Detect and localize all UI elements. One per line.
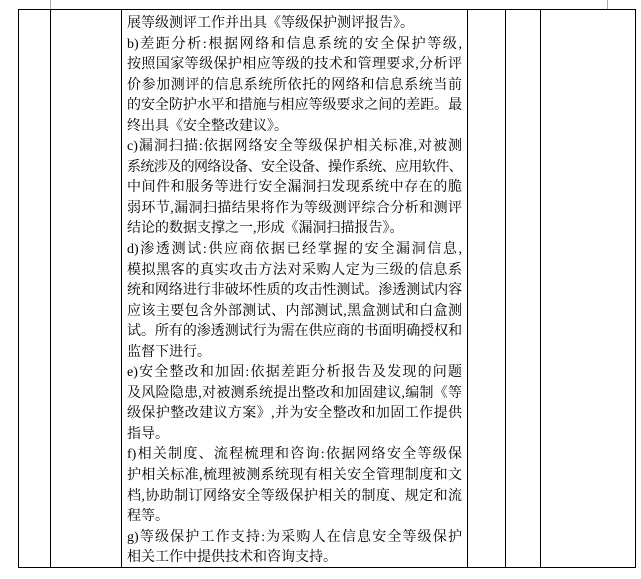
text-line: c)漏洞扫描:依据网络安全等级保护相关标准,对被测 bbox=[127, 137, 462, 158]
text-line: 的安全防护水平和措施与相应等级要求之间的差距。最 bbox=[127, 96, 462, 117]
text-line: 展等级测评工作并出具《等级保护测评报告》。 bbox=[127, 14, 462, 35]
text-line: 结论的数据支撑之一,形成《漏洞扫描报告》。 bbox=[127, 219, 462, 240]
text-line: 终出具《安全整改建议》。 bbox=[127, 117, 462, 138]
text-line: 相关工作中提供技术和咨询支持。 bbox=[127, 548, 462, 569]
text-line: 按照国家等级保护相应等级的技术和管理要求,分析评 bbox=[127, 55, 462, 76]
text-line: 级保护整改建议方案》,并为安全整改和加固工作提供 bbox=[127, 404, 462, 425]
text-line: 档,协助制订网络安全等级保护相关的制度、规定和流 bbox=[127, 487, 462, 508]
text-line: b)差距分析:根据网络和信息系统的安全保护等级, bbox=[127, 35, 462, 56]
text-line: 程等。 bbox=[127, 507, 462, 528]
text-line: f)相关制度、流程梳理和咨询:依据网络安全等级保 bbox=[127, 445, 462, 466]
text-line: 中间件和服务等进行安全漏洞扫发现系统中存在的脆 bbox=[127, 178, 462, 199]
text-line: g)等级保护工作支持:为采购人在信息安全等级保护 bbox=[127, 528, 462, 549]
text-line: 价参加测评的信息系统所依托的网络和信息系统当前 bbox=[127, 76, 462, 97]
document-page: 展等级测评工作并出具《等级保护测评报告》。b)差距分析:根据网络和信息系统的安全… bbox=[0, 0, 641, 579]
gridline-stub-above-table bbox=[607, 0, 608, 9]
text-line: 应该主要包含外部测试、内部测试,黑盒测试和白盒测 bbox=[127, 302, 462, 323]
text-line: 试。所有的渗透测试行为需在供应商的书面明确授权和 bbox=[127, 322, 462, 343]
text-line: e)安全整改和加固:依据差距分析报告及发现的问题 bbox=[127, 363, 462, 384]
text-line: 系统涉及的网络设备、安全设备、操作系统、应用软件、 bbox=[127, 158, 462, 179]
text-line: 弱环节,漏洞扫描结果将作为等级测评综合分析和测评 bbox=[127, 199, 462, 220]
text-line: 监督下进行。 bbox=[127, 343, 462, 364]
column-divider bbox=[121, 10, 122, 567]
column-divider bbox=[467, 10, 468, 567]
text-line: 模拟黑客的真实攻击方法对采购人定为三级的信息系 bbox=[127, 261, 462, 282]
text-line: d)渗透测试:供应商依据已经掌握的安全漏洞信息, bbox=[127, 240, 462, 261]
text-line: 护相关标准,梳理被测系统现有相关安全管理制度和文 bbox=[127, 466, 462, 487]
column-divider bbox=[540, 10, 541, 567]
service-description-cell: 展等级测评工作并出具《等级保护测评报告》。b)差距分析:根据网络和信息系统的安全… bbox=[127, 14, 462, 569]
gridline-stub-above-table bbox=[50, 0, 51, 9]
text-line: 统和网络进行非破坏性质的攻击性测试。渗透测试内容 bbox=[127, 281, 462, 302]
text-line: 及风险隐患,对被测系统提出整改和加固建议,编制《等 bbox=[127, 384, 462, 405]
column-divider bbox=[50, 10, 51, 567]
column-divider bbox=[505, 10, 506, 567]
requirements-table: 展等级测评工作并出具《等级保护测评报告》。b)差距分析:根据网络和信息系统的安全… bbox=[18, 9, 636, 568]
text-line: 指导。 bbox=[127, 425, 462, 446]
